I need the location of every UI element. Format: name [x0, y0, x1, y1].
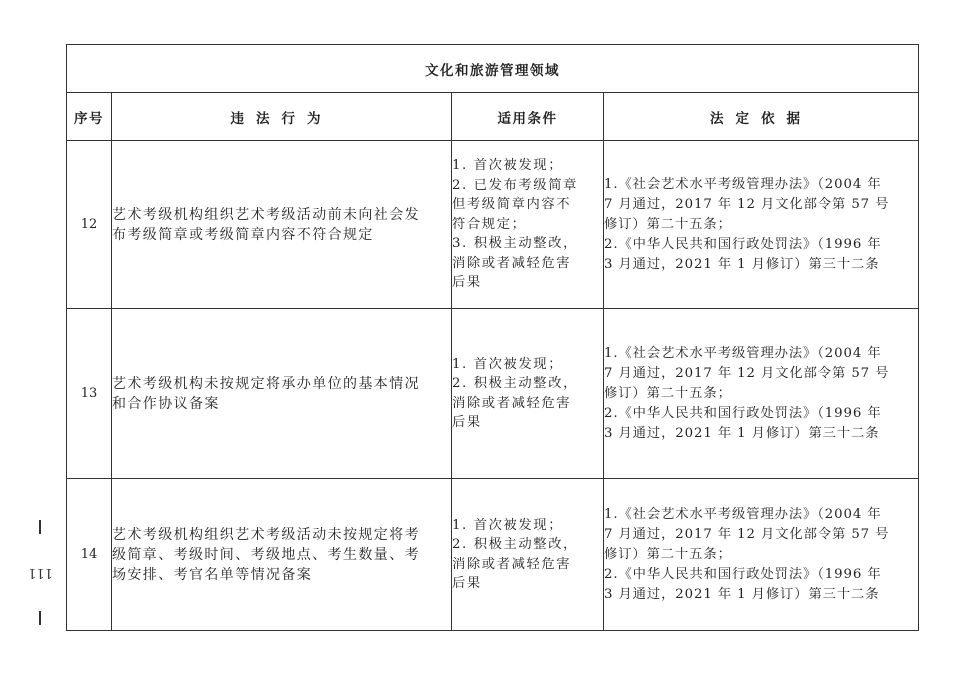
text-line: 修订）第二十五条；: [604, 545, 918, 565]
text-line: 2. 积极主动整改，: [452, 374, 603, 394]
text-line: 7 月通过，2017 年 12 月文化部令第 57 号: [604, 525, 918, 545]
row-conditions: 1. 首次被发现； 2. 积极主动整改， 消除或者减轻危害 后果: [452, 479, 604, 631]
page-number-dash-top: [39, 520, 41, 534]
text-line: 但考级简章内容不: [452, 195, 603, 215]
text-line: 2.《中华人民共和国行政处罚法》（1996 年: [604, 404, 918, 424]
text-line: 1. 首次被发现；: [452, 156, 603, 176]
text-line: 消除或者减轻危害: [452, 555, 603, 575]
text-line: 2.《中华人民共和国行政处罚法》（1996 年: [604, 235, 918, 255]
row-index: 12: [67, 141, 112, 309]
text-line: 消除或者减轻危害: [452, 394, 603, 414]
text-line: 艺术考级机构组织艺术考级活动前未向社会发: [112, 205, 451, 225]
header-legal-basis: 法定依据: [604, 93, 919, 141]
row-index: 14: [67, 479, 112, 631]
text-line: 3. 积极主动整改，: [452, 234, 603, 254]
text-line: 3 月通过，2021 年 1 月修订）第三十二条: [604, 424, 918, 444]
text-line: 符合规定；: [452, 215, 603, 235]
header-conditions: 适用条件: [452, 93, 604, 141]
row-legal-basis: 1.《社会艺术水平考级管理办法》（2004 年 7 月通过，2017 年 12 …: [604, 141, 919, 309]
row-index: 13: [67, 309, 112, 479]
text-line: 艺术考级机构未按规定将承办单位的基本情况: [112, 374, 451, 394]
section-title: 文化和旅游管理领域: [67, 45, 919, 93]
side-page-number: 111: [30, 520, 50, 625]
text-line: 3 月通过，2021 年 1 月修订）第三十二条: [604, 255, 918, 275]
text-line: 场安排、考官名单等情况备案: [112, 565, 451, 585]
header-index: 序号: [67, 93, 112, 141]
text-line: 2. 积极主动整改，: [452, 535, 603, 555]
text-line: 7 月通过，2017 年 12 月文化部令第 57 号: [604, 364, 918, 384]
text-line: 后果: [452, 413, 603, 433]
text-line: 1. 首次被发现；: [452, 516, 603, 536]
row-legal-basis: 1.《社会艺术水平考级管理办法》（2004 年 7 月通过，2017 年 12 …: [604, 479, 919, 631]
table-row: 14 艺术考级机构组织艺术考级活动未按规定将考 级简章、考级时间、考级地点、考生…: [67, 479, 919, 631]
row-legal-basis: 1.《社会艺术水平考级管理办法》（2004 年 7 月通过，2017 年 12 …: [604, 309, 919, 479]
row-conditions: 1. 首次被发现； 2. 已发布考级简章 但考级简章内容不 符合规定； 3. 积…: [452, 141, 604, 309]
text-line: 级简章、考级时间、考级地点、考生数量、考: [112, 545, 451, 565]
text-line: 1.《社会艺术水平考级管理办法》（2004 年: [604, 344, 918, 364]
page-number-dash-bottom: [39, 611, 41, 625]
text-line: 7 月通过，2017 年 12 月文化部令第 57 号: [604, 195, 918, 215]
text-line: 3 月通过，2021 年 1 月修订）第三十二条: [604, 585, 918, 605]
text-line: 1.《社会艺术水平考级管理办法》（2004 年: [604, 175, 918, 195]
text-line: 布考级简章或考级简章内容不符合规定: [112, 225, 451, 245]
text-line: 2. 已发布考级简章: [452, 176, 603, 196]
text-line: 1.《社会艺术水平考级管理办法》（2004 年: [604, 505, 918, 525]
text-line: 修订）第二十五条；: [604, 215, 918, 235]
text-line: 2.《中华人民共和国行政处罚法》（1996 年: [604, 565, 918, 585]
text-line: 后果: [452, 574, 603, 594]
page-number: 111: [28, 566, 53, 579]
table-row: 12 艺术考级机构组织艺术考级活动前未向社会发 布考级简章或考级简章内容不符合规…: [67, 141, 919, 309]
header-behavior: 违法行为: [112, 93, 452, 141]
text-line: 消除或者减轻危害: [452, 254, 603, 274]
section-title-row: 文化和旅游管理领域: [67, 45, 919, 93]
text-line: 修订）第二十五条；: [604, 384, 918, 404]
row-behavior: 艺术考级机构未按规定将承办单位的基本情况 和合作协议备案: [112, 309, 452, 479]
text-line: 后果: [452, 273, 603, 293]
penalty-exemption-table: 文化和旅游管理领域 序号 违法行为 适用条件 法定依据 12 艺术考级机构组织艺…: [66, 44, 919, 631]
text-line: 和合作协议备案: [112, 394, 451, 414]
row-behavior: 艺术考级机构组织艺术考级活动未按规定将考 级简章、考级时间、考级地点、考生数量、…: [112, 479, 452, 631]
row-behavior: 艺术考级机构组织艺术考级活动前未向社会发 布考级简章或考级简章内容不符合规定: [112, 141, 452, 309]
header-row: 序号 违法行为 适用条件 法定依据: [67, 93, 919, 141]
table-row: 13 艺术考级机构未按规定将承办单位的基本情况 和合作协议备案 1. 首次被发现…: [67, 309, 919, 479]
text-line: 1. 首次被发现；: [452, 355, 603, 375]
text-line: 艺术考级机构组织艺术考级活动未按规定将考: [112, 525, 451, 545]
row-conditions: 1. 首次被发现； 2. 积极主动整改， 消除或者减轻危害 后果: [452, 309, 604, 479]
